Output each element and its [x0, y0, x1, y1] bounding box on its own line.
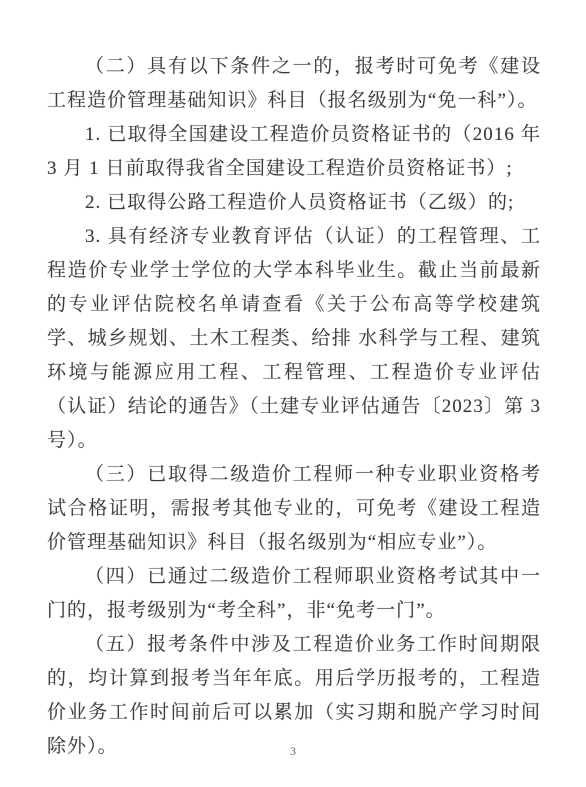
document-body: （二）具有以下条件之一的，报考时可免考《建设工程造价管理基础知识》科目（报名级别… [47, 50, 541, 764]
paragraph-exemption-intro: （二）具有以下条件之一的，报考时可免考《建设工程造价管理基础知识》科目（报名级别… [47, 50, 541, 118]
page-number: 3 [0, 744, 586, 759]
document-page: （二）具有以下条件之一的，报考时可免考《建设工程造价管理基础知识》科目（报名级别… [0, 0, 586, 787]
paragraph-section-3-other-specialty: （三）已取得二级造价工程师一种专业职业资格考试合格证明，需报考其他专业的，可免考… [47, 458, 541, 560]
paragraph-item-1-national-certificate: 1. 已取得全国建设工程造价员资格证书的（2016 年 3 月 1 日前取得我省… [47, 118, 541, 186]
paragraph-item-2-highway-certificate: 2. 已取得公路工程造价人员资格证书（乙级）的; [47, 186, 541, 220]
paragraph-item-3-accredited-degree: 3. 具有经济专业教育评估（认证）的工程管理、工程造价专业学士学位的大学本科毕业… [47, 220, 541, 458]
paragraph-section-4-full-subjects: （四）已通过二级造价工程师职业资格考试其中一门的，报考级别为“考全科”，非“免考… [47, 560, 541, 628]
